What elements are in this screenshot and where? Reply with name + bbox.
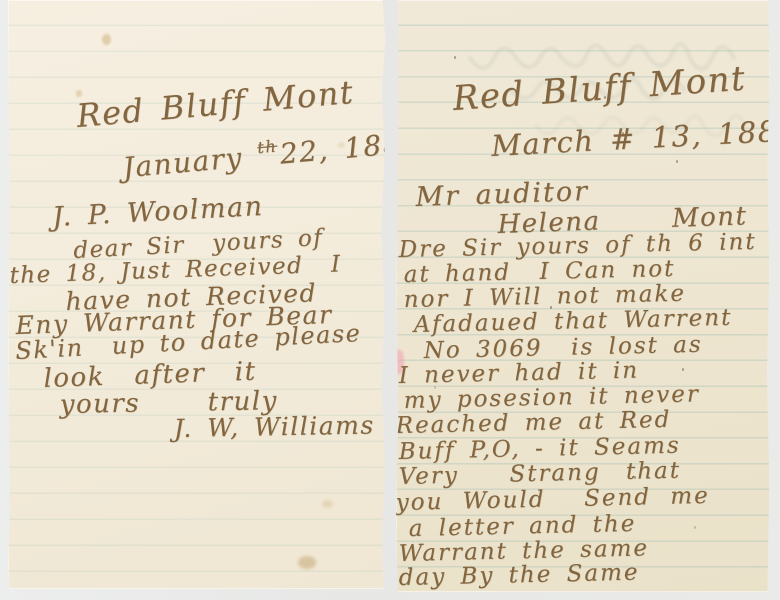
crossed-superscript-th: th [256, 136, 278, 157]
date-month: January [121, 140, 259, 185]
signature-line: J. W, Williams [174, 412, 375, 441]
handwriting-line: day By the Same [398, 562, 639, 590]
letter-right-place-line: Red Bluff Mont [452, 62, 748, 116]
salutation-line: Mr auditor [415, 178, 589, 211]
document-scan: Red Bluff Mont January th22, 1885 J. P. … [0, 0, 780, 600]
letter-left-place-line: Red Bluff Mont [75, 76, 355, 132]
handwriting-line: J. P. Woolman [52, 193, 265, 231]
stain [322, 500, 333, 508]
ink-specks [454, 56, 456, 59]
handwriting-line: you Would Send me [395, 485, 709, 515]
stain [298, 556, 316, 569]
letter-left-date-line: January th22, 1885 [122, 128, 423, 182]
letter-page-right: Red Bluff Mont March # 13, 1886 Mr audit… [396, 0, 770, 592]
letter-page-left: Red Bluff Mont January th22, 1885 J. P. … [8, 0, 386, 589]
stain [102, 34, 111, 45]
letter-right-date-line: March # 13, 1886 [490, 116, 780, 161]
